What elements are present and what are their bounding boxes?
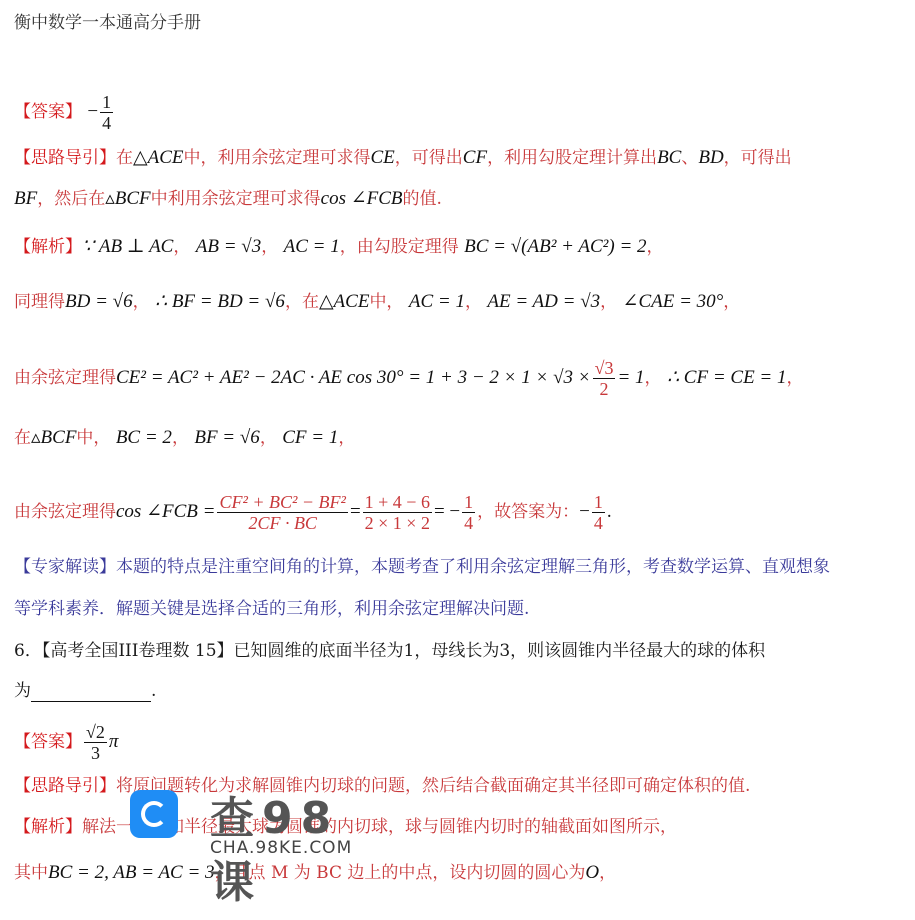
q5-analysis-line2: 同理得BD = √6， ∴ BF = BD = √6，在△ACE中， AC = …	[14, 291, 740, 313]
q6-stem-line2: 为.	[14, 680, 156, 702]
q5-answer: 【答案】 −14	[14, 92, 115, 133]
document-header: 衡中数学一本通高分手册	[14, 8, 201, 33]
q5-analysis-line3: 由余弦定理得CE² = AC² + AE² − 2AC · AE cos 30°…	[14, 358, 804, 399]
answer-blank	[31, 685, 151, 702]
q6-hint: 【思路导引】将原问题转化为求解圆锥内切球的问题，然后结合截面确定其半径即可确定体…	[14, 775, 750, 797]
q5-analysis-line1: 【解析】∵ AB ⊥ AC， AB = √3， AC = 1，由勾股定理得 BC…	[14, 236, 664, 258]
q6-stem-line1: 6．【高考全国III卷理数 15】已知圆维的底面半径为1，母线长为3，则该圆锥内…	[14, 640, 765, 662]
watermark-url: CHA.98KE.COM	[210, 838, 352, 858]
q5-hint-line1: 【思路导引】在△ACE中，利用余弦定理可求得CE，可得出CF，利用勾股定理计算出…	[14, 147, 792, 169]
watermark: 查98课 CHA.98KE.COM	[130, 782, 380, 862]
q5-hint-line2: BF，然后在▵BCF中利用余弦定理可求得cos ∠FCB的值.	[14, 188, 442, 210]
answer-fraction: 14	[100, 92, 113, 133]
watermark-logo-icon	[130, 790, 178, 838]
q5-expert-line1: 【专家解读】本题的特点是注重空间角的计算，本题考查了利用余弦定理解三角形，考查数…	[14, 556, 830, 578]
answer-tag: 【答案】	[14, 102, 82, 122]
q5-analysis-line4: 在▵BCF中， BC = 2， BF = √6， CF = 1，	[14, 427, 355, 449]
q5-expert-line2: 等学科素养．解题关键是选择合适的三角形，利用余弦定理解决问题.	[14, 598, 529, 620]
q5-analysis-line5: 由余弦定理得cos ∠FCB =CF² + BC² − BF²2CF · BC=…	[14, 492, 612, 533]
q6-answer: 【答案】√23π	[14, 722, 118, 763]
